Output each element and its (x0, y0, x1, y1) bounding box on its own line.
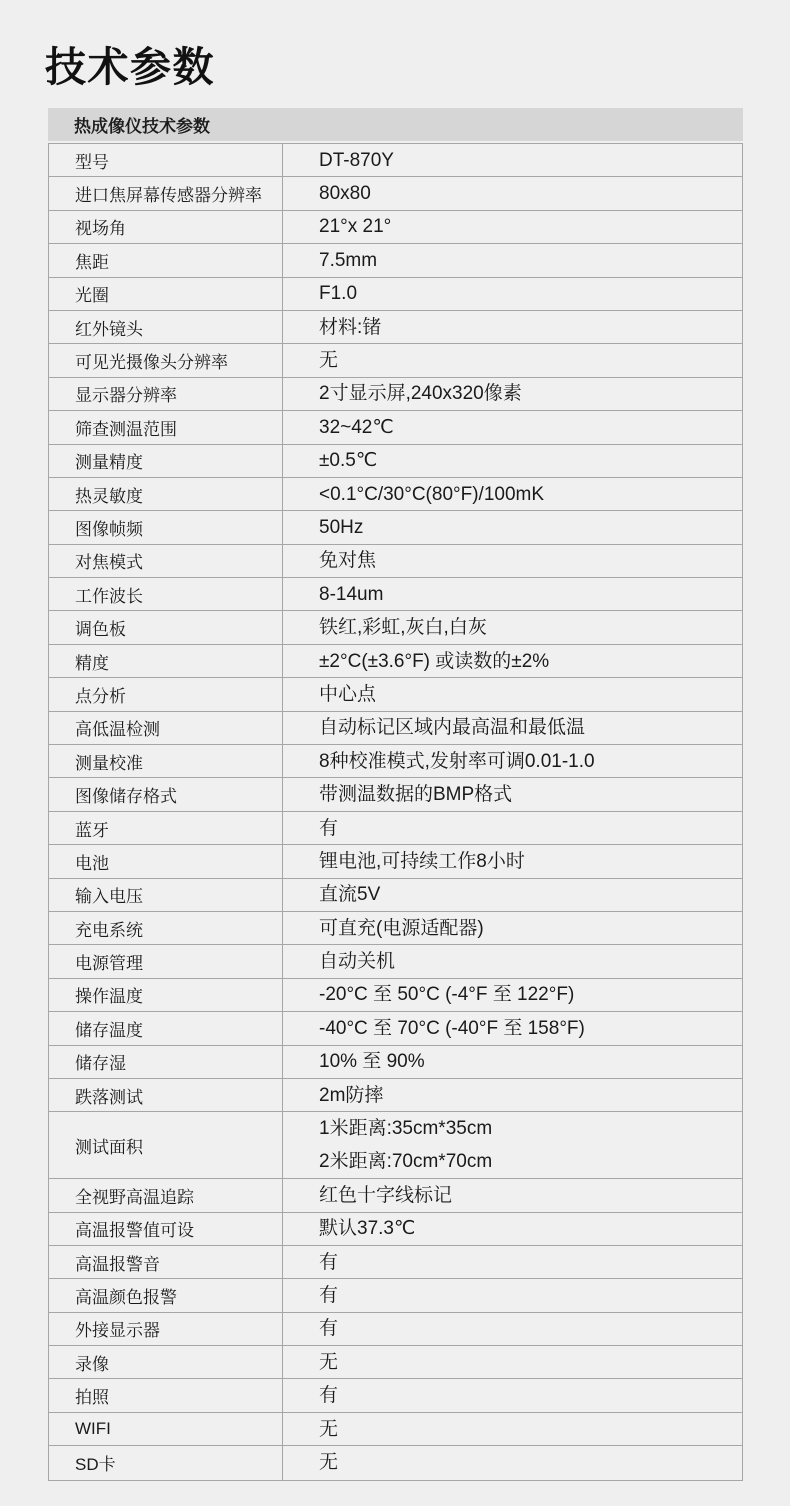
table-row: 进口焦屏幕传感器分辨率80x80 (49, 177, 742, 210)
spec-value-line: 无 (319, 344, 742, 377)
spec-label: 充电系统 (49, 912, 283, 944)
spec-label: 调色板 (49, 611, 283, 643)
spec-value-line: 有 (319, 1246, 742, 1279)
spec-value: <0.1°C/30°C(80°F)/100mK (283, 478, 742, 510)
spec-value: 有 (283, 1279, 742, 1311)
spec-value: 免对焦 (283, 545, 742, 577)
spec-value-line: 锂电池,可持续工作8小时 (319, 845, 742, 878)
table-row: 储存湿10% 至 90% (49, 1046, 742, 1079)
spec-value: 有 (283, 1379, 742, 1411)
spec-value: ±2°C(±3.6°F) 或读数的±2% (283, 645, 742, 677)
spec-value-line: 铁红,彩虹,灰白,白灰 (319, 611, 742, 644)
spec-label: 测量校准 (49, 745, 283, 777)
spec-label: 操作温度 (49, 979, 283, 1011)
spec-label: 显示器分辨率 (49, 378, 283, 410)
spec-label: SD卡 (49, 1446, 283, 1479)
spec-value: ±0.5℃ (283, 445, 742, 477)
spec-value-line: -20°C 至 50°C (-4°F 至 122°F) (319, 978, 742, 1011)
table-row: 焦距7.5mm (49, 244, 742, 277)
spec-value-line: 红色十字线标记 (319, 1179, 742, 1212)
spec-label: 蓝牙 (49, 812, 283, 844)
spec-value-line: 32~42℃ (319, 411, 742, 444)
spec-value-line: 有 (319, 1279, 742, 1312)
spec-value: 红色十字线标记 (283, 1179, 742, 1211)
spec-value-line: 带测温数据的BMP格式 (319, 778, 742, 811)
spec-label: WIFI (49, 1413, 283, 1445)
spec-value-line: 材料:锗 (319, 311, 742, 344)
spec-value-line: 2m防摔 (319, 1079, 742, 1112)
spec-value-line: ±0.5℃ (319, 444, 742, 477)
spec-label: 储存湿 (49, 1046, 283, 1078)
table-row: 工作波长8-14um (49, 578, 742, 611)
spec-value: 铁红,彩虹,灰白,白灰 (283, 611, 742, 643)
spec-table: 热成像仪技术参数 型号DT-870Y进口焦屏幕传感器分辨率80x80视场角21°… (48, 108, 743, 1481)
spec-value: 自动关机 (283, 945, 742, 977)
spec-label: 点分析 (49, 678, 283, 710)
spec-value-line: 1米距离:35cm*35cm (319, 1112, 742, 1145)
table-row: 全视野高温追踪红色十字线标记 (49, 1179, 742, 1212)
spec-value-line: <0.1°C/30°C(80°F)/100mK (319, 478, 742, 511)
spec-value: 50Hz (283, 511, 742, 543)
spec-label: 图像帧频 (49, 511, 283, 543)
table-row: 高温报警音有 (49, 1246, 742, 1279)
spec-value: 带测温数据的BMP格式 (283, 778, 742, 810)
table-row: 测试面积1米距离:35cm*35cm2米距离:70cm*70cm (49, 1112, 742, 1179)
spec-label: 测量精度 (49, 445, 283, 477)
table-row: 录像无 (49, 1346, 742, 1379)
table-row: 图像帧频50Hz (49, 511, 742, 544)
table-header: 热成像仪技术参数 (48, 108, 743, 141)
spec-value-line: 可直充(电源适配器) (319, 912, 742, 945)
table-row: 储存温度-40°C 至 70°C (-40°F 至 158°F) (49, 1012, 742, 1045)
table-row: 红外镜头材料:锗 (49, 311, 742, 344)
spec-value: 8-14um (283, 578, 742, 610)
spec-value: 有 (283, 1313, 742, 1345)
table-row: 充电系统可直充(电源适配器) (49, 912, 742, 945)
table-body: 型号DT-870Y进口焦屏幕传感器分辨率80x80视场角21°x 21°焦距7.… (48, 143, 743, 1481)
spec-value: 无 (283, 1346, 742, 1378)
spec-label: 焦距 (49, 244, 283, 276)
spec-value-line: 7.5mm (319, 244, 742, 277)
spec-value-line: ±2°C(±3.6°F) 或读数的±2% (319, 645, 742, 678)
spec-value: 默认37.3℃ (283, 1213, 742, 1245)
spec-value: 无 (283, 344, 742, 376)
spec-value-line: 21°x 21° (319, 210, 742, 243)
spec-value: 8种校准模式,发射率可调0.01-1.0 (283, 745, 742, 777)
table-row: 高低温检测自动标记区域内最高温和最低温 (49, 712, 742, 745)
spec-label: 输入电压 (49, 879, 283, 911)
spec-value: 80x80 (283, 177, 742, 209)
table-row: 视场角21°x 21° (49, 211, 742, 244)
spec-value-line: 自动关机 (319, 945, 742, 978)
spec-label: 热灵敏度 (49, 478, 283, 510)
spec-value: -20°C 至 50°C (-4°F 至 122°F) (283, 979, 742, 1011)
spec-value-line: 无 (319, 1446, 742, 1479)
spec-value: DT-870Y (283, 144, 742, 176)
spec-label: 工作波长 (49, 578, 283, 610)
spec-value-line: 8种校准模式,发射率可调0.01-1.0 (319, 745, 742, 778)
spec-value-line: 有 (319, 812, 742, 845)
spec-value-line: 2寸显示屏,240x320像素 (319, 377, 742, 410)
spec-label: 图像储存格式 (49, 778, 283, 810)
spec-value: 2m防摔 (283, 1079, 742, 1111)
table-row: 光圈F1.0 (49, 278, 742, 311)
spec-label: 可见光摄像头分辨率 (49, 344, 283, 376)
spec-label: 电池 (49, 845, 283, 877)
spec-value-line: 无 (319, 1413, 742, 1446)
table-row: 高温报警值可设默认37.3℃ (49, 1213, 742, 1246)
spec-label: 高温报警值可设 (49, 1213, 283, 1245)
spec-value-line: 有 (319, 1312, 742, 1345)
spec-label: 高温颜色报警 (49, 1279, 283, 1311)
table-row: 点分析中心点 (49, 678, 742, 711)
spec-value: 无 (283, 1413, 742, 1445)
spec-value: 可直充(电源适配器) (283, 912, 742, 944)
table-row: 可见光摄像头分辨率无 (49, 344, 742, 377)
page-title: 技术参数 (45, 34, 215, 93)
spec-value-line: 10% 至 90% (319, 1045, 742, 1078)
spec-value-line: 8-14um (319, 578, 742, 611)
spec-value-line: 2米距离:70cm*70cm (319, 1145, 742, 1178)
table-row: 外接显示器有 (49, 1313, 742, 1346)
spec-value: 锂电池,可持续工作8小时 (283, 845, 742, 877)
table-row: 电源管理自动关机 (49, 945, 742, 978)
table-row: WIFI无 (49, 1413, 742, 1446)
spec-value: 材料:锗 (283, 311, 742, 343)
spec-value-line: 直流5V (319, 878, 742, 911)
spec-value-line: 无 (319, 1346, 742, 1379)
table-row: 蓝牙有 (49, 812, 742, 845)
spec-label: 全视野高温追踪 (49, 1179, 283, 1211)
spec-label: 进口焦屏幕传感器分辨率 (49, 177, 283, 209)
table-row: 拍照有 (49, 1379, 742, 1412)
table-row: 输入电压直流5V (49, 879, 742, 912)
spec-label: 高低温检测 (49, 712, 283, 744)
spec-label: 型号 (49, 144, 283, 176)
spec-value: -40°C 至 70°C (-40°F 至 158°F) (283, 1012, 742, 1044)
spec-value: 有 (283, 1246, 742, 1278)
table-row: 跌落测试2m防摔 (49, 1079, 742, 1112)
table-row: 图像储存格式带测温数据的BMP格式 (49, 778, 742, 811)
table-row: 操作温度-20°C 至 50°C (-4°F 至 122°F) (49, 979, 742, 1012)
spec-value-line: 80x80 (319, 177, 742, 210)
spec-value: 21°x 21° (283, 211, 742, 243)
spec-label: 红外镜头 (49, 311, 283, 343)
spec-value-line: -40°C 至 70°C (-40°F 至 158°F) (319, 1012, 742, 1045)
spec-value-line: F1.0 (319, 277, 742, 310)
table-row: 精度±2°C(±3.6°F) 或读数的±2% (49, 645, 742, 678)
spec-value: 无 (283, 1446, 742, 1479)
spec-value: 1米距离:35cm*35cm2米距离:70cm*70cm (283, 1112, 742, 1178)
spec-value: 7.5mm (283, 244, 742, 276)
spec-value: 有 (283, 812, 742, 844)
table-row: 高温颜色报警有 (49, 1279, 742, 1312)
spec-label: 电源管理 (49, 945, 283, 977)
table-row: 筛查测温范围32~42℃ (49, 411, 742, 444)
spec-label: 视场角 (49, 211, 283, 243)
spec-value-line: 默认37.3℃ (319, 1212, 742, 1245)
spec-label: 高温报警音 (49, 1246, 283, 1278)
spec-value: 自动标记区域内最高温和最低温 (283, 712, 742, 744)
spec-value: 直流5V (283, 879, 742, 911)
table-row: 测量校准8种校准模式,发射率可调0.01-1.0 (49, 745, 742, 778)
spec-value-line: 中心点 (319, 678, 742, 711)
spec-label: 对焦模式 (49, 545, 283, 577)
spec-value-line: 有 (319, 1379, 742, 1412)
spec-value-line: 50Hz (319, 511, 742, 544)
spec-value-line: 免对焦 (319, 544, 742, 577)
spec-label: 精度 (49, 645, 283, 677)
spec-label: 筛查测温范围 (49, 411, 283, 443)
table-row: 电池锂电池,可持续工作8小时 (49, 845, 742, 878)
table-row: SD卡无 (49, 1446, 742, 1479)
spec-label: 拍照 (49, 1379, 283, 1411)
spec-label: 光圈 (49, 278, 283, 310)
spec-label: 录像 (49, 1346, 283, 1378)
table-row: 对焦模式免对焦 (49, 545, 742, 578)
spec-value: F1.0 (283, 278, 742, 310)
table-row: 测量精度±0.5℃ (49, 445, 742, 478)
spec-value: 中心点 (283, 678, 742, 710)
spec-value: 32~42℃ (283, 411, 742, 443)
spec-value: 10% 至 90% (283, 1046, 742, 1078)
table-row: 热灵敏度<0.1°C/30°C(80°F)/100mK (49, 478, 742, 511)
spec-label: 外接显示器 (49, 1313, 283, 1345)
spec-value-line: 自动标记区域内最高温和最低温 (319, 711, 742, 744)
spec-label: 测试面积 (49, 1112, 283, 1178)
spec-value-line: DT-870Y (319, 144, 742, 177)
spec-label: 跌落测试 (49, 1079, 283, 1111)
spec-value: 2寸显示屏,240x320像素 (283, 378, 742, 410)
table-row: 调色板铁红,彩虹,灰白,白灰 (49, 611, 742, 644)
spec-label: 储存温度 (49, 1012, 283, 1044)
table-row: 显示器分辨率2寸显示屏,240x320像素 (49, 378, 742, 411)
table-row: 型号DT-870Y (49, 144, 742, 177)
